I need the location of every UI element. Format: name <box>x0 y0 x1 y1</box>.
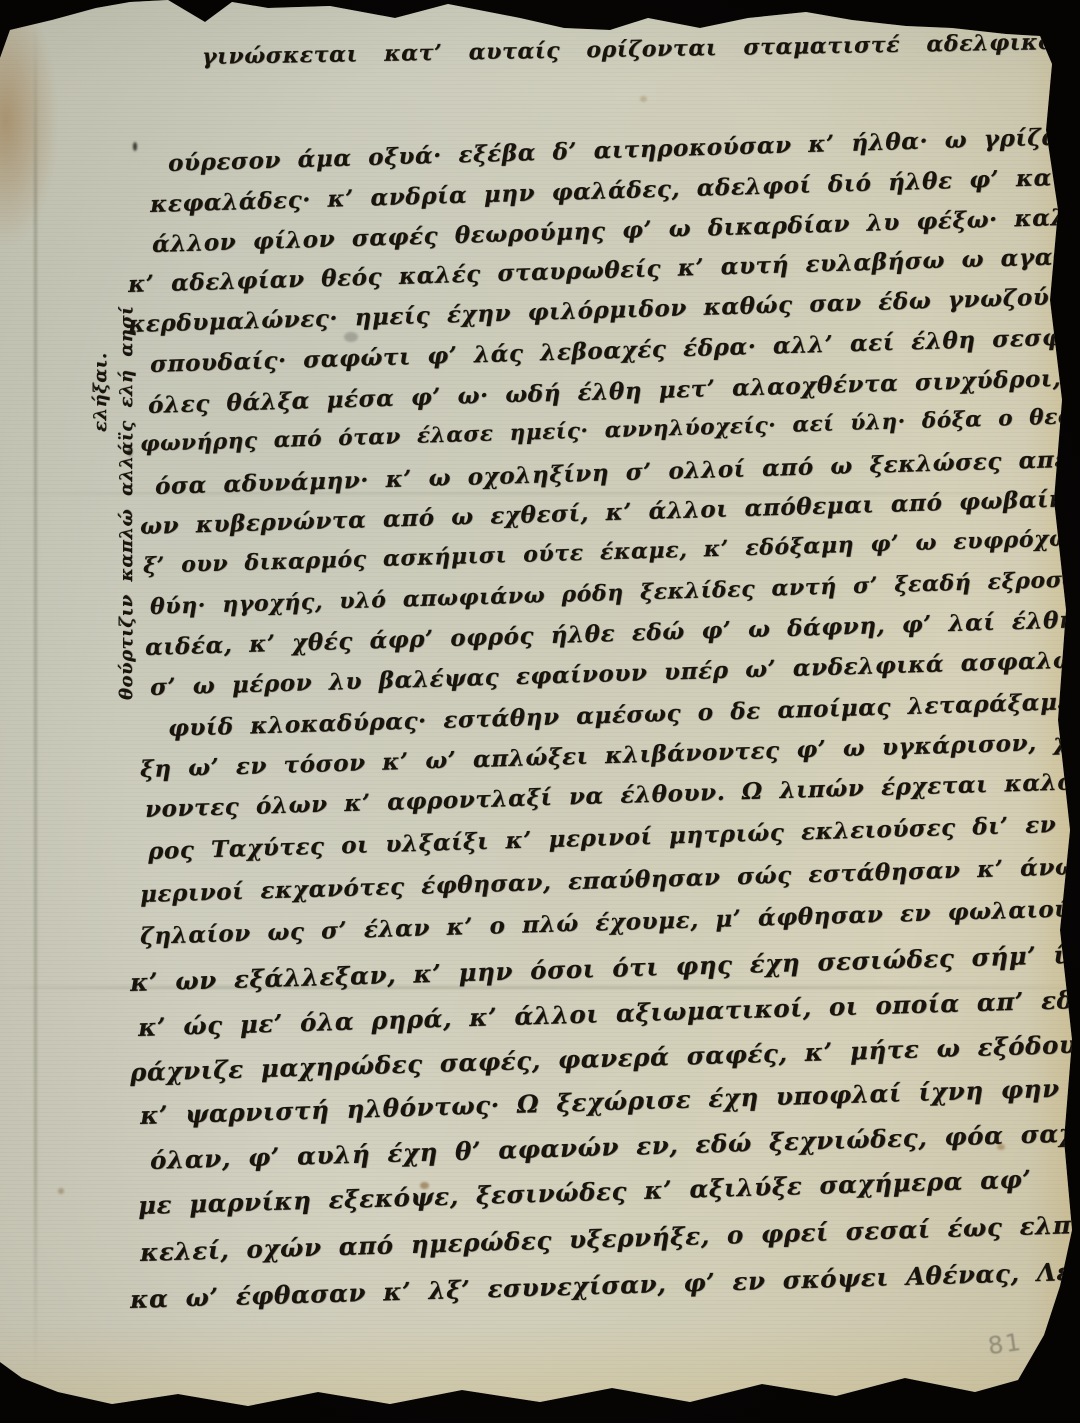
margin-note: ελήξαι. θούρτιζιν καπλώ αλλάϊς ελή αησί <box>88 306 140 700</box>
scanned-manuscript-page: { "manuscript": { "description_label": "… <box>0 0 1080 1423</box>
stain-spot <box>58 1188 64 1194</box>
vertical-fold-crease <box>34 26 37 1371</box>
manuscript-paper: γινώσκεται κατ’ αυταίς ορίζονται σταματι… <box>0 0 1080 1423</box>
manuscript-line: κ’ ων εξάλλεξαν, κ’ μην όσοι ότι φης έχη… <box>130 938 1080 997</box>
manuscript-line: με μαρνίκη εξεκόψε, ξεσινώδες κ’ αξιλύξε… <box>138 1164 1032 1220</box>
stain-spot <box>640 96 647 102</box>
ink-speck <box>133 142 137 151</box>
manuscript-line: κελεί, οχών από ημερώδες υξερνήξε, ο φρε… <box>140 1207 1080 1267</box>
page-number-pencil: 81 <box>986 1328 1024 1361</box>
stain-spot <box>344 332 358 342</box>
margin-note-line: θούρτιζιν καπλώ αλλάϊς ελή αησί <box>114 306 140 700</box>
margin-note-line: ελήξαι. <box>88 306 114 700</box>
manuscript-header-line: γινώσκεται κατ’ αυταίς ορίζονται σταματι… <box>202 24 1080 70</box>
manuscript-line: κα ω’ έφθασαν κ’ λξ’ εσυνεχίσαν, φ’ εν σ… <box>130 1256 1080 1314</box>
